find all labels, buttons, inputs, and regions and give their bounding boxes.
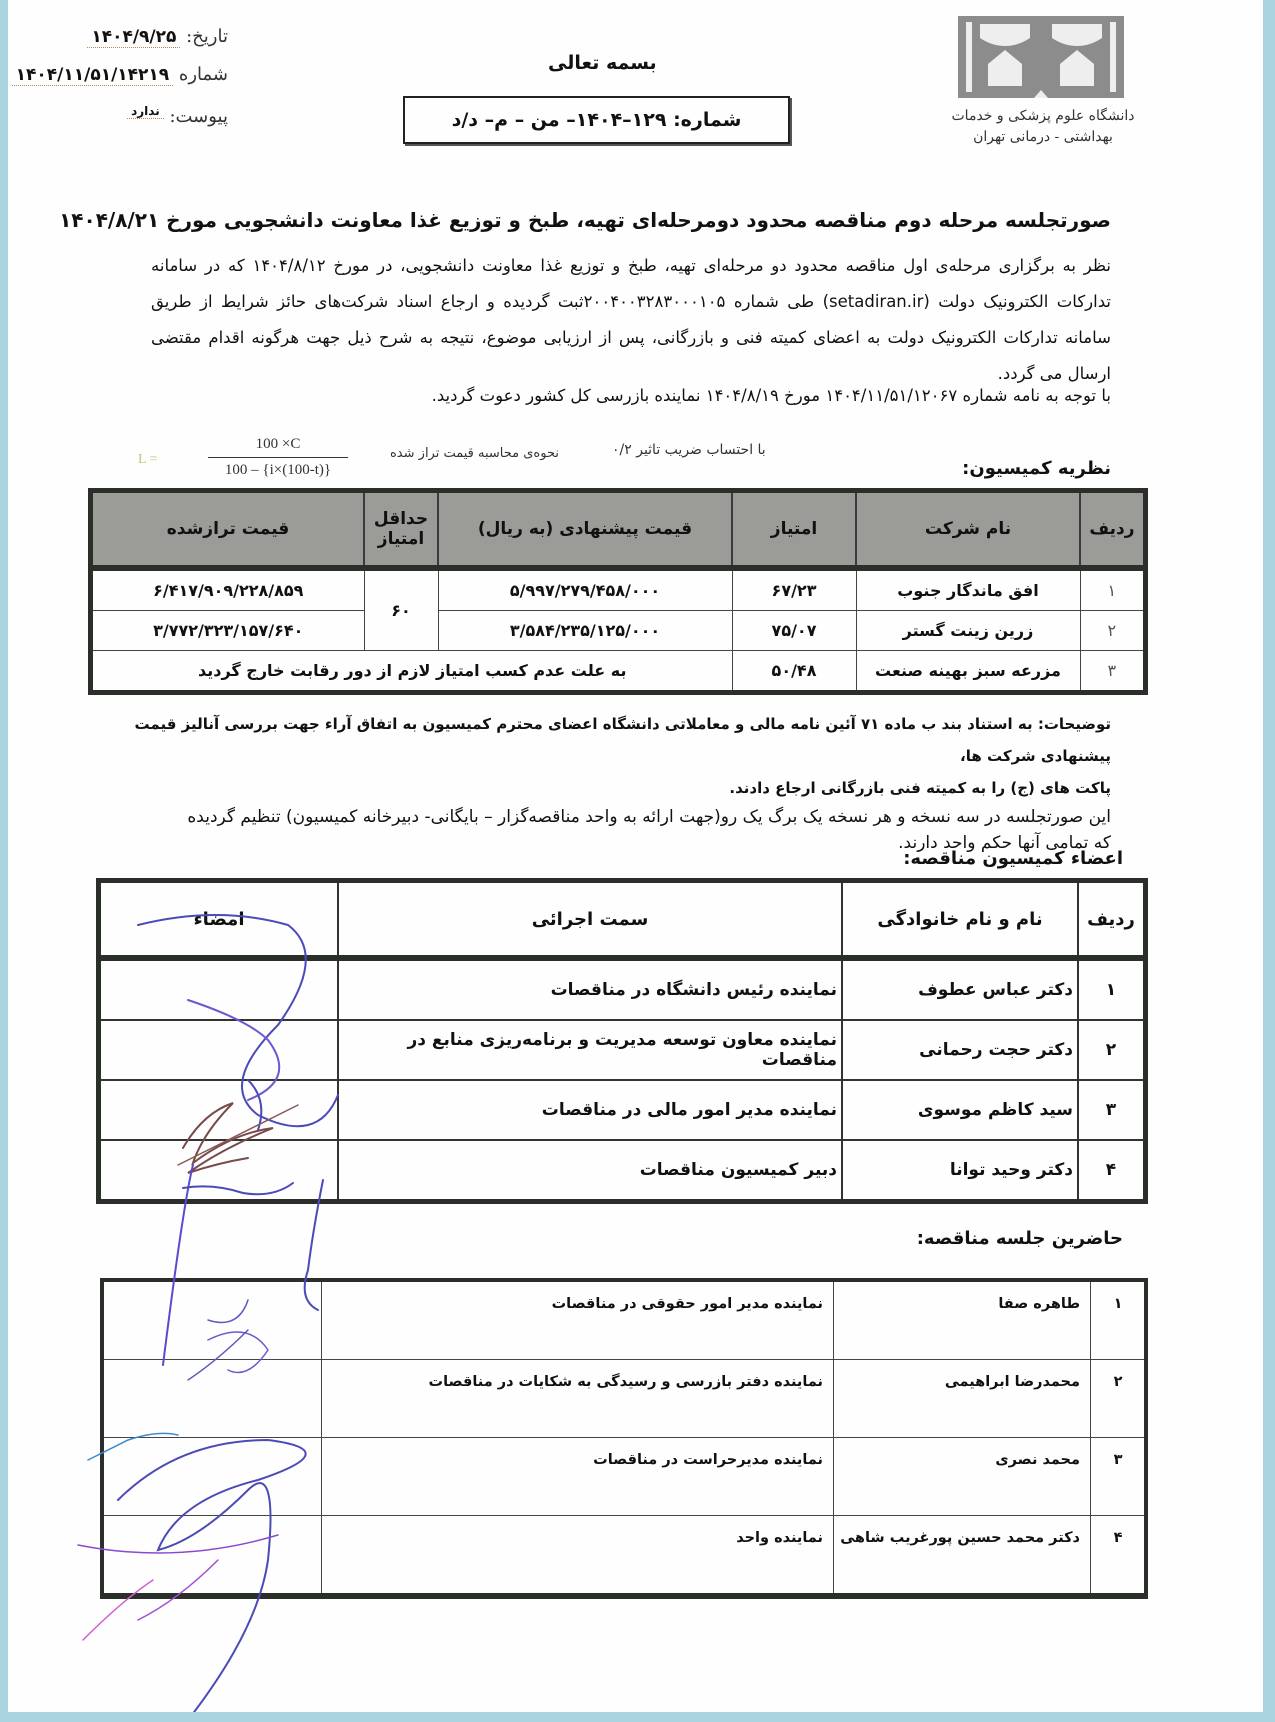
attachment-row: پیوست: ندارد xyxy=(127,104,228,127)
attendee-position: نماینده دفتر بازرسی و رسیدگی به شکایات د… xyxy=(322,1360,834,1438)
number-label: شماره xyxy=(179,64,228,85)
table-row: ۳ محمد نصری نماینده مدیرحراست در مناقصات xyxy=(102,1438,1146,1516)
signature-cell xyxy=(99,958,339,1020)
explanation-line-2: پاکت های (ج) را به کمیته فنی بازرگانی ار… xyxy=(111,772,1111,804)
row-number: ۱ xyxy=(1080,568,1146,611)
row-number: ۱ xyxy=(1078,958,1146,1020)
members-title: اعضاء کمیسیون مناقصه: xyxy=(903,848,1123,869)
formula-lhs: L = xyxy=(138,452,157,468)
signature-cell xyxy=(99,1020,339,1080)
member-position: نماینده معاون توسعه مدیریت و برنامه‌ریزی… xyxy=(338,1020,842,1080)
min-score: ۶۰ xyxy=(364,568,438,651)
attendee-name: دکتر محمد حسین پورغریب شاهی xyxy=(834,1516,1091,1597)
signature-cell xyxy=(102,1438,322,1516)
attendees-table: ۱ طاهره صفا نماینده مدیر امور حقوقی در م… xyxy=(100,1278,1148,1599)
col-name: نام و نام خانوادگی xyxy=(842,881,1078,959)
row-number: ۳ xyxy=(1091,1438,1147,1516)
members-table: ردیف نام و نام خانوادگی سمت اجرائی امضاء… xyxy=(96,878,1148,1204)
col-position: سمت اجرائی xyxy=(338,881,842,959)
coefficient-text: با احتساب ضریب تاثیر ۰/۲ xyxy=(612,442,766,458)
col-company: نام شرکت xyxy=(856,491,1080,569)
disqualification-note: به علت عدم کسب امتیاز لازم از دور رقابت … xyxy=(91,651,733,693)
table-row: ۱ افق ماندگار جنوب ۶۷/۲۳ ۵/۹۹۷/۲۷۹/۴۵۸/۰… xyxy=(91,568,1146,611)
offered-price: ۵/۹۹۷/۲۷۹/۴۵۸/۰۰۰ xyxy=(438,568,732,611)
attendee-name: طاهره صفا xyxy=(834,1280,1091,1360)
inspection-paragraph: با توجه به نامه شماره ۱۴۰۴/۱۱/۵۱/۱۲۰۶۷ م… xyxy=(432,386,1111,405)
university-logo-icon xyxy=(958,16,1124,98)
explanation-line-1: توضیحات: به استناد بند ب ماده ۷۱ آئین نا… xyxy=(111,708,1111,772)
col-adjusted-price: قیمت ترازشده xyxy=(91,491,365,569)
company-name: زرین زینت گستر xyxy=(856,611,1080,651)
table-row: ۲ دکتر حجت رحمانی نماینده معاون توسعه مد… xyxy=(99,1020,1146,1080)
signature-cell xyxy=(99,1080,339,1140)
bismillah-heading: بسمه تعالی xyxy=(548,52,657,74)
signature-cell xyxy=(99,1140,339,1202)
attachment-value: ندارد xyxy=(127,104,164,119)
attendees-title: حاضرین جلسه مناقصه: xyxy=(917,1228,1123,1249)
date-value: ۱۴۰۴/۹/۲۵ xyxy=(87,27,180,48)
row-number: ۲ xyxy=(1091,1360,1147,1438)
adjusted-price-formula: 100 ×C 100 – {i×(100-t)} xyxy=(208,436,348,479)
bids-table-header: ردیف نام شرکت امتیاز قیمت پیشنهادی (به ر… xyxy=(91,491,1146,569)
row-number: ۴ xyxy=(1091,1516,1147,1597)
table-row: ۴ دکتر محمد حسین پورغریب شاهی نماینده وا… xyxy=(102,1516,1146,1597)
offered-price: ۳/۵۸۴/۲۳۵/۱۲۵/۰۰۰ xyxy=(438,611,732,651)
company-name: مزرعه سبز بهینه صنعت xyxy=(856,651,1080,693)
table-row: ۱ دکتر عباس عطوف نماینده رئیس دانشگاه در… xyxy=(99,958,1146,1020)
row-number: ۲ xyxy=(1078,1020,1146,1080)
attendee-position: نماینده مدیر امور حقوقی در مناقصات xyxy=(322,1280,834,1360)
attachment-label: پیوست: xyxy=(169,106,228,127)
table-row: ۱ طاهره صفا نماینده مدیر امور حقوقی در م… xyxy=(102,1280,1146,1360)
member-name: سید کاظم موسوی xyxy=(842,1080,1078,1140)
adjusted-price: ۶/۴۱۷/۹۰۹/۲۲۸/۸۵۹ xyxy=(91,568,365,611)
document-page: تاریخ: ۱۴۰۴/۹/۲۵ شماره ۱۴۰۴/۱۱/۵۱/۱۴۲۱۹ … xyxy=(8,0,1263,1712)
company-score: ۵۰/۴۸ xyxy=(732,651,856,693)
university-line-2: بهداشتی - درمانی تهران xyxy=(943,127,1143,148)
col-row: ردیف xyxy=(1078,881,1146,959)
signature-cell xyxy=(102,1360,322,1438)
company-score: ۷۵/۰۷ xyxy=(732,611,856,651)
date-row: تاریخ: ۱۴۰۴/۹/۲۵ xyxy=(87,26,228,47)
attendee-name: محمدرضا ابراهیمی xyxy=(834,1360,1091,1438)
bids-table: ردیف نام شرکت امتیاز قیمت پیشنهادی (به ر… xyxy=(88,488,1148,695)
member-position: دبیر کمیسیون مناقصات xyxy=(338,1140,842,1202)
number-row: شماره ۱۴۰۴/۱۱/۵۱/۱۴۲۱۹ xyxy=(12,64,228,85)
member-position: نماینده مدیر امور مالی در مناقصات xyxy=(338,1080,842,1140)
table-row: ۳ سید کاظم موسوی نماینده مدیر امور مالی … xyxy=(99,1080,1146,1140)
table-row: ۲ محمدرضا ابراهیمی نماینده دفتر بازرسی و… xyxy=(102,1360,1146,1438)
number-value: ۱۴۰۴/۱۱/۵۱/۱۴۲۱۹ xyxy=(12,65,174,86)
formula-label: نحوه‌ی محاسبه قیمت تراز شده xyxy=(390,446,559,461)
company-score: ۶۷/۲۳ xyxy=(732,568,856,611)
member-name: دکتر حجت رحمانی xyxy=(842,1020,1078,1080)
company-name: افق ماندگار جنوب xyxy=(856,568,1080,611)
adjusted-price: ۳/۷۷۲/۳۲۳/۱۵۷/۶۴۰ xyxy=(91,611,365,651)
row-number: ۴ xyxy=(1078,1140,1146,1202)
signature-cell xyxy=(102,1516,322,1597)
col-score: امتیاز xyxy=(732,491,856,569)
member-name: دکتر وحید توانا xyxy=(842,1140,1078,1202)
col-row: ردیف xyxy=(1080,491,1146,569)
table-row: ۳ مزرعه سبز بهینه صنعت ۵۰/۴۸ به علت عدم … xyxy=(91,651,1146,693)
copies-line-1: این صورتجلسه در سه نسخه و هر نسخه یک برگ… xyxy=(111,804,1111,830)
date-label: تاریخ: xyxy=(186,26,228,47)
member-name: دکتر عباس عطوف xyxy=(842,958,1078,1020)
col-signature: امضاء xyxy=(99,881,339,959)
university-name: دانشگاه علوم پزشکی و خدمات بهداشتی - درم… xyxy=(943,106,1143,148)
row-number: ۱ xyxy=(1091,1280,1147,1360)
explanation-notes: توضیحات: به استناد بند ب ماده ۷۱ آئین نا… xyxy=(111,708,1111,856)
signature-cell xyxy=(102,1280,322,1360)
row-number: ۳ xyxy=(1078,1080,1146,1140)
attendee-position: نماینده مدیرحراست در مناقصات xyxy=(322,1438,834,1516)
table-row: ۲ زرین زینت گستر ۷۵/۰۷ ۳/۵۸۴/۲۳۵/۱۲۵/۰۰۰… xyxy=(91,611,1146,651)
committee-opinion-title: نظریه کمیسیون: xyxy=(962,458,1111,479)
table-row: ۴ دکتر وحید توانا دبیر کمیسیون مناقصات xyxy=(99,1140,1146,1202)
intro-paragraph: نظر به برگزاری مرحله‌ی اول مناقصه محدود … xyxy=(151,248,1111,392)
university-line-1: دانشگاه علوم پزشکی و خدمات xyxy=(943,106,1143,127)
row-number: ۳ xyxy=(1080,651,1146,693)
members-table-header: ردیف نام و نام خانوادگی سمت اجرائی امضاء xyxy=(99,881,1146,959)
member-position: نماینده رئیس دانشگاه در مناقصات xyxy=(338,958,842,1020)
attendee-name: محمد نصری xyxy=(834,1438,1091,1516)
col-price: قیمت پیشنهادی (به ریال) xyxy=(438,491,732,569)
col-min-score: حداقل امتیاز xyxy=(364,491,438,569)
document-title: صورتجلسه مرحله دوم مناقصه محدود دومرحله‌… xyxy=(59,208,1111,232)
formula-denominator: 100 – {i×(100-t)} xyxy=(208,458,348,479)
row-number: ۲ xyxy=(1080,611,1146,651)
letter-number-box: شماره: ۱۲۹–۱۴۰۴– من – م– د/د xyxy=(403,96,790,144)
formula-numerator: 100 ×C xyxy=(208,436,348,458)
attendee-position: نماینده واحد xyxy=(322,1516,834,1597)
